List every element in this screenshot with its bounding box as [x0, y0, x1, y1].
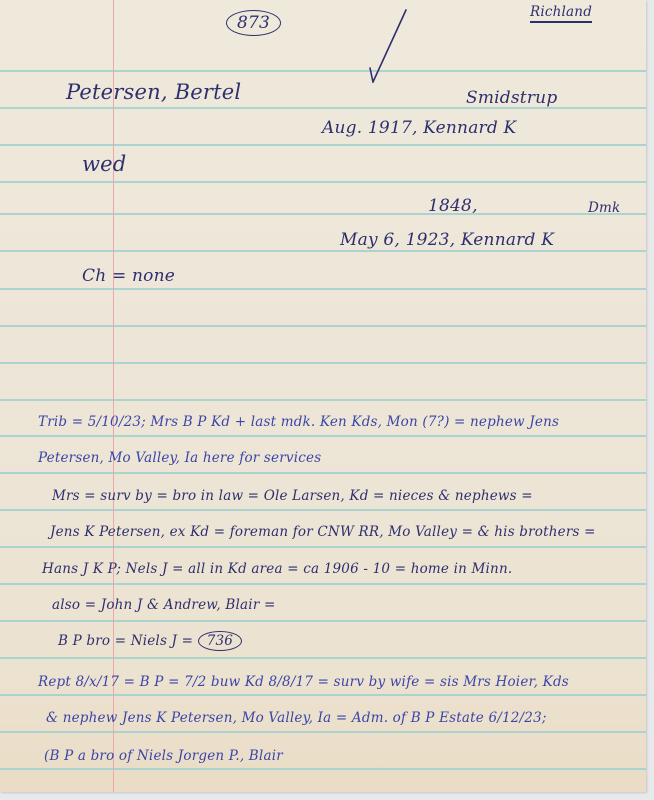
- note-line: also = John J & Andrew, Blair =: [52, 597, 275, 613]
- checkmark-icon: [368, 8, 408, 83]
- rule-line: [0, 620, 646, 622]
- county-label: Richland: [530, 4, 592, 23]
- rule-line: [0, 288, 646, 290]
- rule-line: [0, 657, 646, 659]
- birthplace: Smidstrup: [466, 88, 557, 108]
- birth-year: 1848,: [428, 196, 478, 216]
- rule-line: [0, 546, 646, 548]
- note-line: (B P a bro of Niels Jorgen P., Blair: [44, 748, 283, 764]
- note-line: Trib = 5/10/23; Mrs B P Kd + last mdk. K…: [38, 414, 559, 430]
- rule-line: [0, 181, 646, 183]
- marital-status: wed: [82, 152, 126, 176]
- rule-line: [0, 472, 646, 474]
- children-entry: Ch = none: [82, 266, 175, 286]
- rule-line: [0, 399, 646, 401]
- rule-line: [0, 509, 646, 511]
- note-line: Mrs = surv by = bro in law = Ole Larsen,…: [52, 488, 533, 504]
- cross-reference-number: 736: [198, 631, 242, 651]
- rule-line: [0, 325, 646, 327]
- note-line: Petersen, Mo Valley, Ia here for service…: [38, 450, 321, 466]
- rule-line: [0, 583, 646, 585]
- note-line: Rept 8/x/17 = B P = 7/2 buw Kd 8/8/17 = …: [38, 674, 569, 690]
- note-line: Jens K Petersen, ex Kd = foreman for CNW…: [50, 524, 596, 540]
- death-entry: May 6, 1923, Kennard K: [340, 230, 554, 250]
- rule-line: [0, 144, 646, 146]
- rule-line: [0, 731, 646, 733]
- rule-line: [0, 70, 646, 72]
- rule-line: [0, 694, 646, 696]
- note-line: & nephew Jens K Petersen, Mo Valley, Ia …: [46, 710, 547, 726]
- person-name: Petersen, Bertel: [66, 80, 241, 104]
- immigration-entry: Aug. 1917, Kennard K: [322, 118, 516, 138]
- record-number: 873: [226, 10, 281, 36]
- rule-line: [0, 250, 646, 252]
- country: Dmk: [588, 200, 620, 216]
- note-line: Hans J K P; Nels J = all in Kd area = ca…: [42, 561, 512, 577]
- ledger-page: 873 Richland Petersen, Bertel Smidstrup …: [0, 0, 646, 792]
- rule-line: [0, 435, 646, 437]
- note-line: B P bro = Niels J = 736: [58, 633, 242, 649]
- rule-line: [0, 213, 646, 215]
- rule-line: [0, 768, 646, 770]
- note-text: B P bro = Niels J =: [58, 633, 193, 649]
- rule-line: [0, 362, 646, 364]
